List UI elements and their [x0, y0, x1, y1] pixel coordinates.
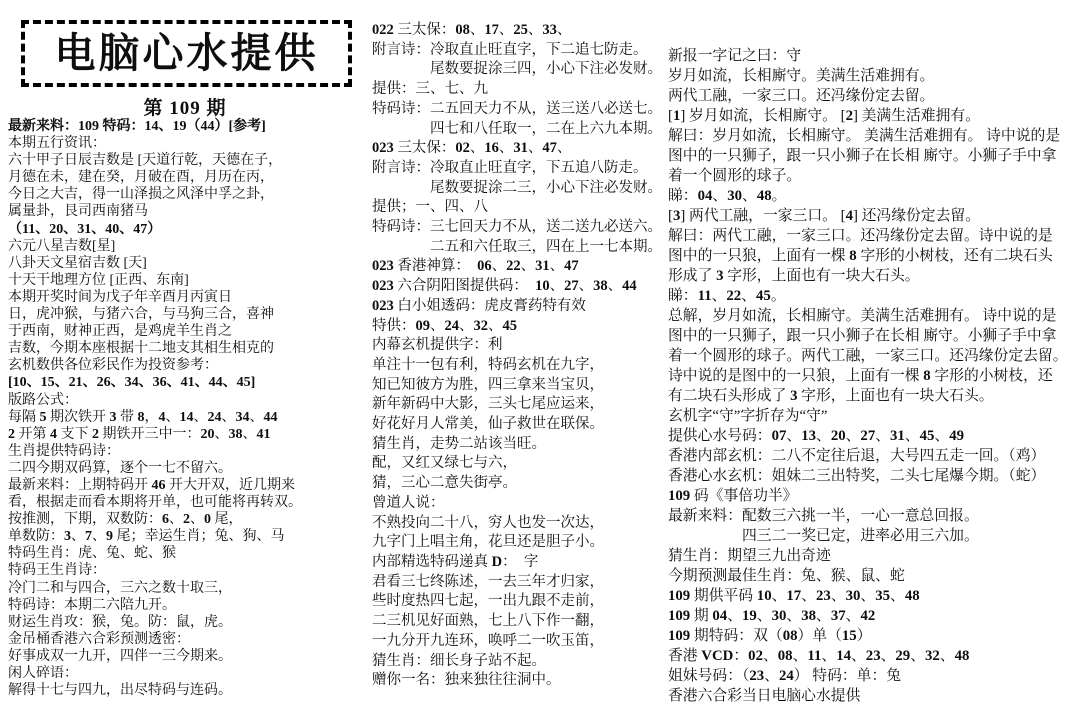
text-line: 君看三七终陈述，一去三年才归家， — [372, 573, 668, 593]
text-line: 知已知彼方为胜，四三拿来当宝贝， — [372, 376, 668, 396]
text-line: 好事成双一九开，四伴一三今期来。 — [8, 648, 366, 665]
text-line: 配，又红又绿七与六， — [372, 454, 668, 474]
text-line: 二三机见好面熟，七上八下作一翻， — [372, 612, 668, 632]
text-line: 有二块石头形成了 3 字形，上面也有一块大石头。 — [668, 386, 1080, 406]
text-line: 八卦天文星宿吉数 [天] — [8, 255, 366, 272]
text-line: 月德在未，建在癸，月破在酉，月历在丙， — [8, 169, 366, 186]
text-line: 解得十七与四九，出尽特码与连码。 — [8, 682, 366, 699]
text-line: 闲人碎语： — [8, 665, 366, 682]
text-line: [1] 岁月如流，长相廝守。 [2] 美满生活难拥有。 — [668, 106, 1080, 126]
text-line: 最新来料：上期特码开 46 开大开双，近几期来 — [8, 477, 366, 494]
text-line: 109 期供平码 10、17、23、30、35、48 — [668, 586, 1080, 606]
masthead-box: 电脑心水提供 — [21, 20, 352, 87]
text-line: 睇：11、22、45。 — [668, 286, 1080, 306]
text-line: 提供：三、七、九 — [372, 80, 668, 100]
text-line: 附言诗：冷取直止旺直字，下五追八防走。 — [372, 159, 668, 179]
text-line: 着一个圆形的球子。 — [668, 166, 1080, 186]
text-line: 总解，岁月如流，长相廝守。美满生活难拥有。 诗中说的是 — [668, 306, 1080, 326]
text-line: 新年新码中大影，三头七尾应运来， — [372, 395, 668, 415]
text-line: 香港内部玄机：二八不定往后退，大号四五走一回。（鸡） — [668, 446, 1080, 466]
text-line: 每隔 5 期次铁开 3 带 8，4、14、24、34、44 — [8, 409, 366, 426]
text-line: 特码诗：三七回天力不从，送二送九必送六。 — [372, 218, 668, 238]
text-line: 不熟投向二十八，穷人也发一次达， — [372, 514, 668, 534]
text-line: 玄机字“守”字折存为“守” — [668, 406, 1080, 426]
text-line: 2 开第 4 支下 2 期铁开三中一：20、38、41 — [8, 426, 366, 443]
text-line: 四七和八任取一，二在上六九本期。 — [372, 120, 668, 140]
text-line: 022 三太保：08、17、25、33、 — [372, 21, 668, 41]
text-line: 姐妹号码：（23、24） 特码：单：兔 — [668, 666, 1080, 686]
text-line: 解曰：两代工融，一家三口。还冯缘份定去留。诗中说的是 — [668, 226, 1080, 246]
text-line: 图中的一只狼，上面有一棵 8 字形的小树枝，还有二块石头 — [668, 246, 1080, 266]
text-line: 冷门二和与四合，三六之数十取三， — [8, 580, 366, 597]
text-line: 财运生肖攻：猴，兔。防：鼠，虎。 — [8, 614, 366, 631]
text-line: 特码诗：本期二六陪九开。 — [8, 597, 366, 614]
text-line: 二四今期双码算，逐个一七不留六。 — [8, 460, 366, 477]
text-line: 生肖提供特码诗： — [8, 443, 366, 460]
text-line: 属量卦，艮司西南猪马 — [8, 203, 366, 220]
text-line: 内幕玄机提供字：利 — [372, 336, 668, 356]
text-line: 023 三太保：02、16、31、47、 — [372, 139, 668, 159]
text-line: 023 六合阴阳图提供码： 10、27、38、44 — [372, 277, 668, 297]
text-line: 图中的一只狮子，跟一只小狮子在长相 廝守。小狮子手中拿 — [668, 326, 1080, 346]
text-line: 023 白小姐透码：虎皮膏药特有效 — [372, 297, 668, 317]
text-line: 形成了 3 字形，上面也有一块大石头。 — [668, 266, 1080, 286]
text-line: 二五和六任取三，四在上一七本期。 — [372, 238, 668, 258]
text-line: 猜生肖：细长身子站不起。 — [372, 652, 668, 672]
text-line: 四三二一奖已定，进率必用三六加。 — [668, 526, 1080, 546]
text-line: 今日之大吉，得一山泽损之风泽中孚之卦， — [8, 186, 366, 203]
text-line: 十天干地理方位 [正西、东南] — [8, 272, 366, 289]
text-line: 附言诗：冷取直止旺直字，下二追七防走。 — [372, 41, 668, 61]
text-line: 些时度热四七起，一出九跟不走前， — [372, 592, 668, 612]
text-line: 日，虎冲猴，与猪六合，与马狗三合，喜神 — [8, 306, 366, 323]
text-line: 于西南，财神正西，是鸡虎羊生肖之 — [8, 323, 366, 340]
text-line: 好花好月人常美，仙子救世在联保。 — [372, 415, 668, 435]
text-line: 一九分开九连环，唤呼二一吹玉笛， — [372, 632, 668, 652]
text-line: 赠你一名：独来独往往洞中。 — [372, 671, 668, 691]
text-line: 吉数，今期本座根据十二地支其相生相克的 — [8, 340, 366, 357]
column-left: 最新来料：109 特码：14、19（44）[参考]本期五行资讯：六十甲子日辰吉数… — [8, 118, 366, 699]
text-line: 六十甲子日辰吉数是 [天道行乾，天德在子， — [8, 152, 366, 169]
text-line: [3] 两代工融，一家三口。 [4] 还冯缘份定去留。 — [668, 206, 1080, 226]
text-line: 睇：04、30、48。 — [668, 186, 1080, 206]
text-line: 特码诗：二五回天力不从，送三送八必送七。 — [372, 100, 668, 120]
text-line: 曾道人说： — [372, 494, 668, 514]
column-right: 新报一字记之曰：守岁月如流，长相廝守。美满生活难拥有。两代工融，一家三口。还冯缘… — [668, 46, 1080, 706]
text-line: 猜生肖：期望三九出奇迹 — [668, 546, 1080, 566]
text-line: 尾数要捉涂二三，小心下注必发财。 — [372, 179, 668, 199]
text-line: 尾数要捉涂三四，小心下注必发财。 — [372, 60, 668, 80]
text-line: 香港心水玄机：姐妹二三出特奖，二头七尾爆今期。（蛇） — [668, 466, 1080, 486]
text-line: 特码王生肖诗： — [8, 562, 366, 579]
text-line: 猜生肖，走势二站该当旺。 — [372, 435, 668, 455]
text-line: 九字门上唱主角，花旦还是胆子小。 — [372, 533, 668, 553]
text-line: 新报一字记之曰：守 — [668, 46, 1080, 66]
text-line: 玄机数供各位彩民作为投资参考： — [8, 357, 366, 374]
text-line: 猜，三心二意失街亭。 — [372, 474, 668, 494]
text-line: 香港 VCD：02、08、11、14、23、29、32、48 — [668, 646, 1080, 666]
text-line: 提供心水号码：07、13、20、27、31、45、49 — [668, 426, 1080, 446]
text-line: 图中的一只狮子，跟一只小狮子在长相 廝守。小狮子手中拿 — [668, 146, 1080, 166]
text-line: 六元八星吉数[星] — [8, 238, 366, 255]
tip-sheet-page: 电脑心水提供 第 109 期 最新来料：109 特码：14、19（44）[参考]… — [0, 0, 1080, 723]
text-line: 今期预测最佳生肖：兔、猴、鼠、蛇 — [668, 566, 1080, 586]
text-line: 岁月如流，长相廝守。美满生活难拥有。 — [668, 66, 1080, 86]
text-line: 看，根据走而看本期将开单，也可能将再转双。 — [8, 494, 366, 511]
text-line: 109 期 04、19、30、38、37、42 — [668, 606, 1080, 626]
text-line: 特码生肖：虎、兔、蛇、猴 — [8, 545, 366, 562]
text-line: 诗中说的是图中的一只狼，上面有一棵 8 字形的小树枝，还 — [668, 366, 1080, 386]
page-title: 电脑心水提供 — [25, 24, 348, 82]
text-line: 香港六合彩当日电脑心水提供 — [668, 686, 1080, 706]
text-line: 最新来料：109 特码：14、19（44）[参考] — [8, 118, 366, 135]
text-line: 单注十一包有利，特码玄机在九字， — [372, 356, 668, 376]
text-line: 金吊桶香港六合彩预测透密： — [8, 631, 366, 648]
text-line: 本期开奖时间为戊子年辛酉月丙寅日 — [8, 289, 366, 306]
text-line: 解曰：岁月如流，长相廝守。 美满生活难拥有。 诗中说的是 — [668, 126, 1080, 146]
text-line: 提供；一、四、八 — [372, 198, 668, 218]
text-line: 109 期特码：双（08）单（15） — [668, 626, 1080, 646]
text-line: 109 码《事倍功半》 — [668, 486, 1080, 506]
text-line: 着一个圆形的球子。两代工融，一家三口。还冯缘份定去留。 — [668, 346, 1080, 366]
text-line: 两代工融，一家三口。还冯缘份定去留。 — [668, 86, 1080, 106]
text-line: 版路公式： — [8, 392, 366, 409]
text-line: [10、15、21、26、34、36、41、44、45] — [8, 374, 366, 391]
text-line: 内部精选特码递真 D： 字 — [372, 553, 668, 573]
issue-number: 第 109 期 — [10, 93, 360, 120]
text-line: 最新来料：配数三六挑一半，一心一意总回报。 — [668, 506, 1080, 526]
column-middle: 022 三太保：08、17、25、33、附言诗：冷取直止旺直字，下二追七防走。尾… — [372, 21, 668, 691]
text-line: 本期五行资讯： — [8, 135, 366, 152]
text-line: 特供：09、24、32、45 — [372, 317, 668, 337]
text-line: 单数防：3、7、9 尾；幸运生肖；兔、狗、马 — [8, 528, 366, 545]
text-line: 023 香港神算： 06、22、31、47 — [372, 257, 668, 277]
text-line: 按推测，下期，双数防：6、2、0 尾， — [8, 511, 366, 528]
text-line: （11、20、31、40、47） — [8, 221, 366, 238]
